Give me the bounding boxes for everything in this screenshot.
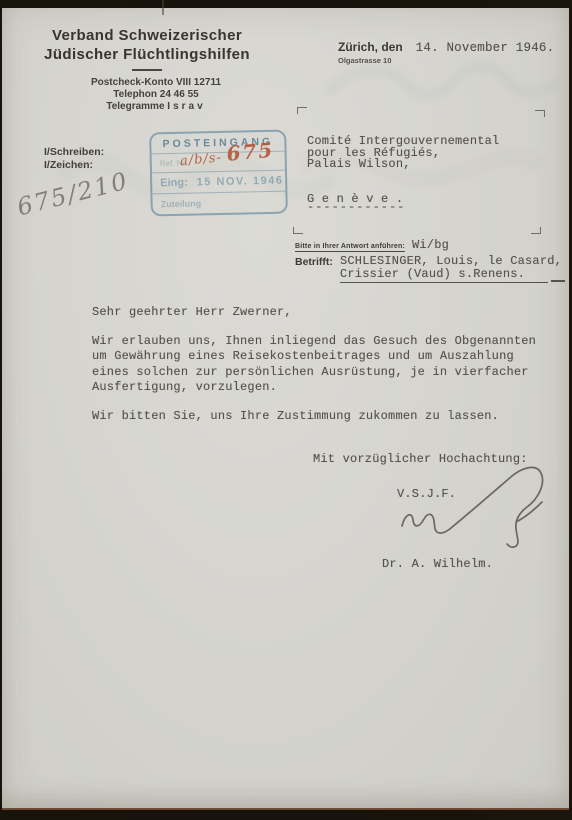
- dateline-date: 14. November 1946.: [416, 41, 555, 55]
- stamp-footer: Zuteilung: [152, 191, 285, 215]
- salutation: Sehr geehrter Herr Zwerner,: [92, 305, 542, 321]
- recipient-city-underline: ------------: [307, 202, 499, 214]
- subject-trailing-dash: [551, 280, 565, 282]
- dateline: Zürich, den 14. November 1946. Olgastras…: [338, 40, 554, 65]
- scanned-letter: Verband Schweizerischer Jüdischer Flücht…: [0, 0, 572, 820]
- letter-paper: Verband Schweizerischer Jüdischer Flücht…: [2, 8, 569, 810]
- file-ref-line2: I/Zeichen:: [44, 159, 104, 172]
- subject-label: Betrifft:: [295, 255, 340, 283]
- subject-line2: Crissier (Vaud) s.Renens.: [340, 268, 548, 283]
- file-ref-line1: I/Schreiben:: [44, 146, 104, 159]
- telegram-code: Israv: [167, 101, 205, 112]
- telegram-address: Telegramme Israv: [54, 101, 258, 113]
- recipient-line3: Palais Wilson,: [307, 159, 499, 171]
- window-mark-bottom-right: [531, 227, 541, 234]
- org-name-line2: Jüdischer Flüchtlingshilfen: [36, 45, 258, 64]
- window-mark-bottom-left: [293, 227, 303, 234]
- signer-name: Dr. A. Wilhelm.: [382, 557, 493, 573]
- window-mark-top-right: [535, 110, 545, 117]
- stamp-date-label: Eing:: [160, 177, 188, 190]
- answer-reference-label: Bitte in Ihrer Antwort anführen:: [295, 243, 405, 252]
- subject-line1: SCHLESINGER, Louis, le Casard,: [340, 254, 562, 268]
- stamp-hand-number: 675: [226, 138, 276, 166]
- org-name-line1: Verband Schweizerischer: [36, 26, 258, 45]
- stamp-hand-prefix: a/b/s-: [179, 150, 222, 169]
- scan-registration-tick: [162, 0, 164, 15]
- body-line: Ausfertigung, vorzulegen.: [92, 380, 542, 396]
- letterhead: Verband Schweizerischer Jüdischer Flücht…: [36, 26, 258, 113]
- body-line: um Gewährung eines Reisekostenbeitrages …: [92, 349, 542, 365]
- window-mark-top-left: [297, 107, 307, 114]
- body-line: Wir erlauben uns, Ihnen inliegend das Ge…: [92, 334, 542, 350]
- signature: [390, 460, 570, 560]
- letterhead-divider: [132, 69, 162, 71]
- letter-body: Sehr geehrter Herr Zwerner, Wir erlauben…: [92, 305, 542, 425]
- body-paragraph2: Wir bitten Sie, uns Ihre Zustimmung zuko…: [92, 409, 542, 425]
- dateline-place: Zürich, den: [338, 40, 403, 54]
- dateline-street: Olgastrasse 10: [338, 56, 554, 65]
- answer-reference-code: Wi/bg: [412, 238, 449, 252]
- subject-text: SCHLESINGER, Louis, le Casard, Crissier …: [340, 255, 562, 283]
- recipient-address: Comité Intergouvernemental pour les Réfu…: [307, 136, 499, 214]
- stamp-date-value: 15 NOV. 1946: [197, 175, 284, 189]
- posteingang-stamp: POSTEINGANG Ref. No. Eing:15 NOV. 1946 Z…: [149, 130, 288, 217]
- body-line: eines solchen zur persönlichen Ausrüstun…: [92, 365, 542, 381]
- file-reference-labels: I/Schreiben: I/Zeichen:: [44, 146, 104, 172]
- subject-block: Bitte in Ihrer Antwort anführen: Wi/bg B…: [295, 238, 571, 283]
- telephone-number: Telephon 24 46 55: [54, 89, 258, 101]
- postcheck-account: Postcheck-Konto VIII 12711: [54, 77, 258, 89]
- pencil-annotation: 675/210: [14, 167, 131, 222]
